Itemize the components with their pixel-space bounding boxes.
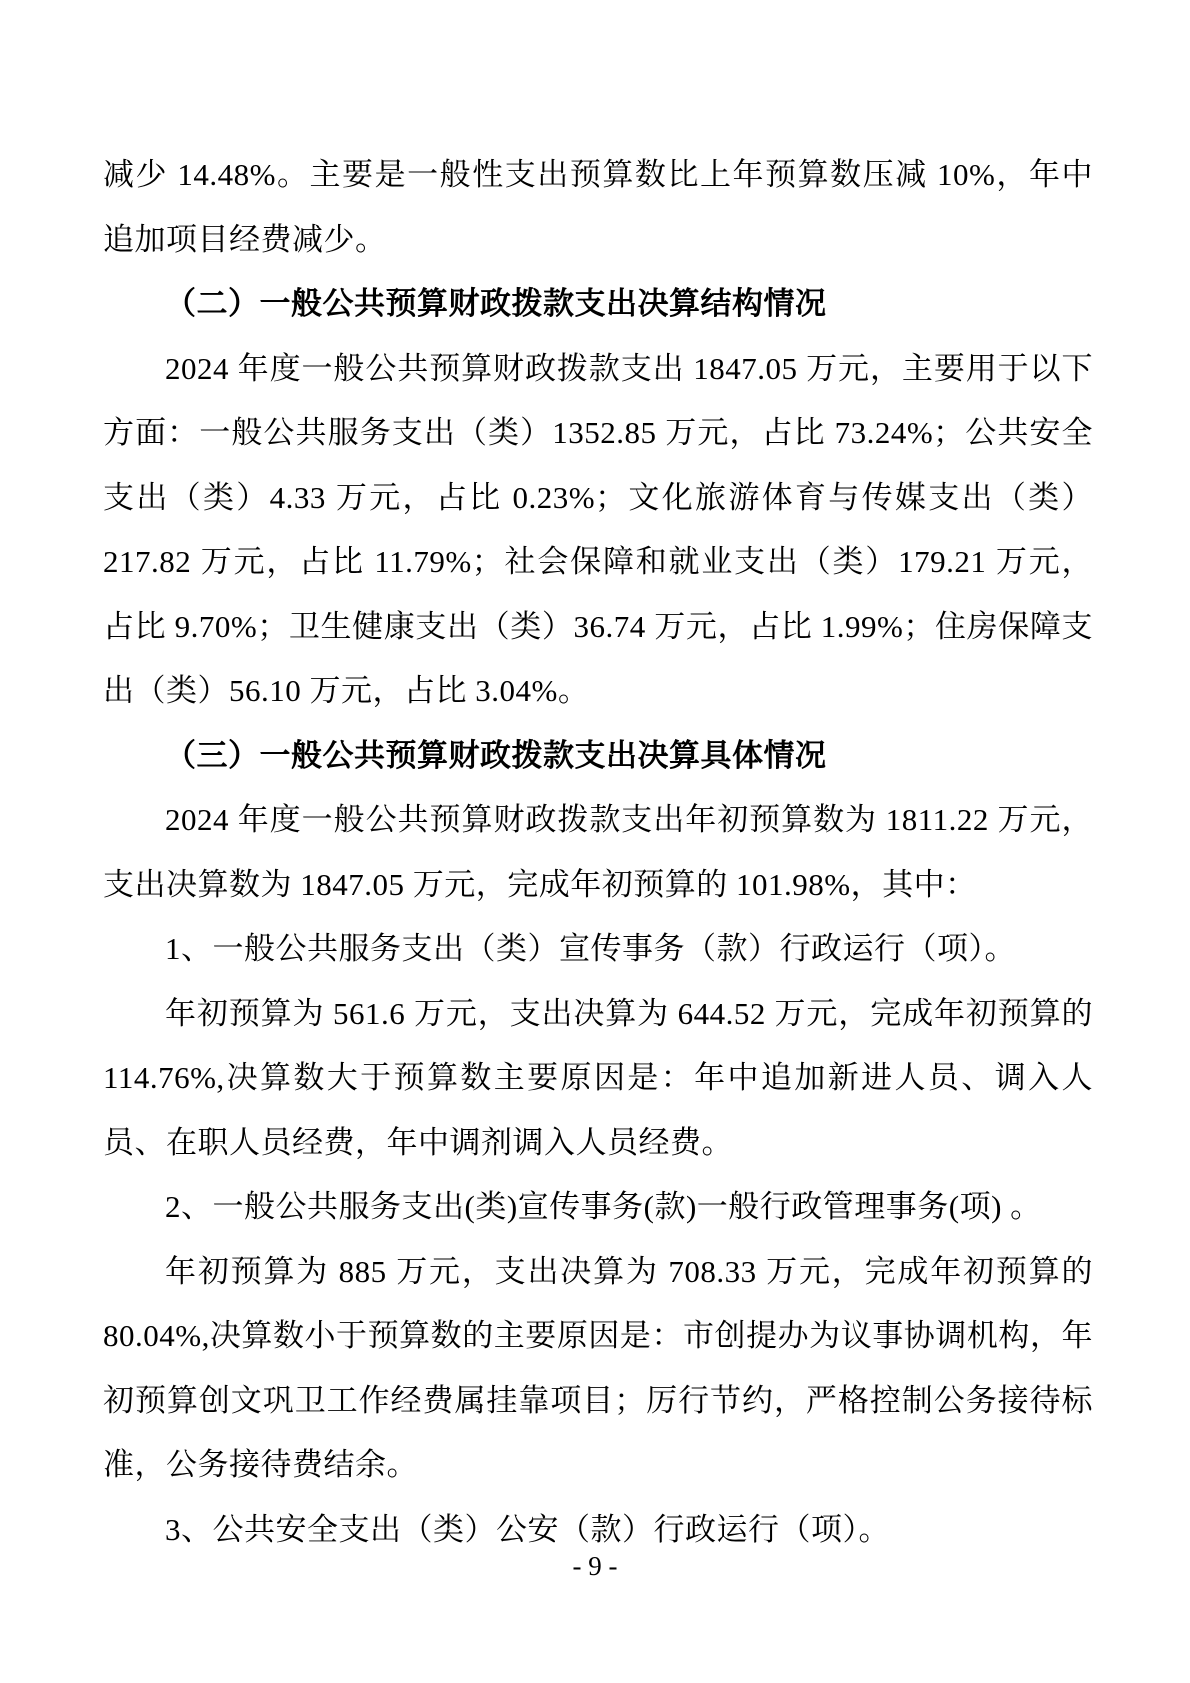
paragraph-continuation: 减少 14.48%。主要是一般性支出预算数比上年预算数压减 10%，年中追加项目… [103, 143, 1093, 272]
paragraph-item-2-detail: 年初预算为 885 万元，支出决算为 708.33 万元，完成年初预算的 80.… [103, 1240, 1093, 1498]
paragraph-item-1-detail: 年初预算为 561.6 万元，支出决算为 644.52 万元，完成年初预算的 1… [103, 982, 1093, 1176]
document-page: 减少 14.48%。主要是一般性支出预算数比上年预算数压减 10%，年中追加项目… [0, 0, 1190, 1683]
paragraph-item-1-title: 1、一般公共服务支出（类）宣传事务（款）行政运行（项）。 [103, 917, 1093, 982]
page-body: 减少 14.48%。主要是一般性支出预算数比上年预算数压减 10%，年中追加项目… [103, 143, 1093, 1562]
section-heading-2: （二）一般公共预算财政拨款支出决算结构情况 [103, 272, 1093, 337]
section-heading-3: （三）一般公共预算财政拨款支出决算具体情况 [103, 724, 1093, 789]
paragraph-item-2-title: 2、一般公共服务支出(类)宣传事务(款)一般行政管理事务(项) 。 [103, 1175, 1093, 1240]
page-number: - 9 - [0, 1550, 1190, 1582]
paragraph-expenditure-structure: 2024 年度一般公共预算财政拨款支出 1847.05 万元，主要用于以下方面：… [103, 337, 1093, 724]
paragraph-budget-summary: 2024 年度一般公共预算财政拨款支出年初预算数为 1811.22 万元，支出决… [103, 788, 1093, 917]
